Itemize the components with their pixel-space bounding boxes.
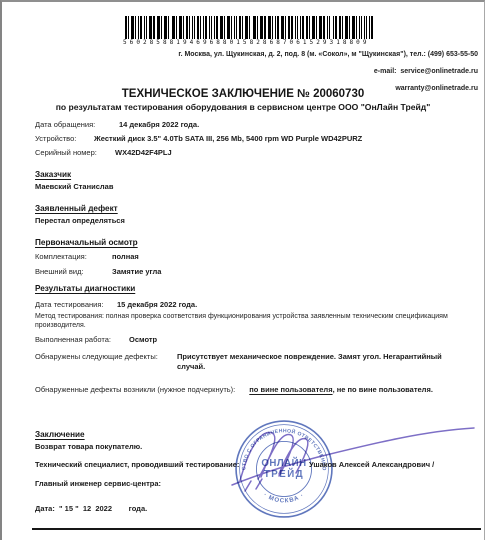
defects-found-row: Обнаружены следующие дефекты:Присутствуе… (35, 352, 482, 371)
signoff-date-line: Дата: " 15 " 12 2022 года. (35, 504, 147, 513)
email-line: e-mail: service@onlinetrade.ru (374, 68, 478, 75)
technical-report-document: 5602858819469688015828687061529318809 г.… (0, 0, 485, 540)
customer-section-header: Заказчик (35, 170, 71, 179)
test-date-label: Дата тестирования: (35, 300, 117, 309)
chief-engineer-label: Главный инженер сервис-центра: (35, 479, 161, 488)
test-method-label: Метод тестирования: (35, 313, 104, 320)
address-line: г. Москва, ул. Щукинская, д. 2, под. 8 (… (178, 51, 478, 58)
defects-origin-underlined: по вине пользователя (249, 385, 332, 394)
work-label: Выполненная работа: (35, 335, 129, 344)
bottom-divider (32, 528, 481, 530)
device-row: Устройство:Жесткий диск 3.5" 4.0Tb SATA … (35, 134, 362, 143)
defects-found-value: Присутствует механическое повреждение. З… (177, 352, 462, 371)
appearance-row: Внешний вид:Замятие угла (35, 267, 161, 276)
conclusion-header: Заключение (35, 430, 85, 439)
barcode-digits: 5602858819469688015828687061529318809 (123, 39, 375, 46)
defects-origin-rest: , не по вине пользователя. (333, 385, 433, 394)
declared-defect-header: Заявленный дефект (35, 204, 118, 213)
request-date-row: Дата обращения:14 декабря 2022 года. (35, 120, 199, 129)
barcode (125, 16, 373, 39)
appearance-label: Внешний вид: (35, 267, 112, 276)
appearance-value: Замятие угла (112, 267, 161, 276)
test-method-row: Метод тестирования: полная проверка соот… (35, 313, 482, 330)
device-label: Устройство: (35, 134, 94, 143)
completeness-label: Комплектация: (35, 252, 112, 261)
completeness-row: Комплектация:полная (35, 252, 139, 261)
document-title: ТЕХНИЧЕСКОЕ ЗАКЛЮЧЕНИЕ № 20060730 (2, 88, 484, 100)
request-date-label: Дата обращения: (35, 120, 119, 129)
initial-inspection-header: Первоначальный осмотр (35, 238, 138, 247)
defects-found-label: Обнаружены следующие дефекты: (35, 352, 177, 361)
document-subtitle: по результатам тестирования оборудования… (2, 102, 484, 112)
diagnostics-header: Результаты диагностики (35, 284, 135, 293)
signature (182, 405, 482, 517)
declared-defect-value: Перестал определяться (35, 216, 125, 225)
test-date-value: 15 декабря 2022 года. (117, 300, 197, 309)
customer-name: Маевский Станислав (35, 182, 113, 191)
conclusion-value: Возврат товара покупателю. (35, 442, 142, 451)
serial-value: WX42D42F4PLJ (115, 148, 172, 157)
device-value: Жесткий диск 3.5" 4.0Tb SATA III, 256 Mb… (94, 134, 362, 143)
work-value: Осмотр (129, 335, 157, 344)
serial-row: Серийный номер:WX42D42F4PLJ (35, 148, 172, 157)
request-date-value: 14 декабря 2022 года. (119, 120, 199, 129)
defects-origin-row: Обнаруженные дефекты возникли (нужное по… (35, 385, 433, 394)
completeness-value: полная (112, 252, 139, 261)
serial-label: Серийный номер: (35, 148, 115, 157)
defects-origin-label: Обнаруженные дефекты возникли (нужное по… (35, 385, 235, 394)
test-date-row: Дата тестирования:15 декабря 2022 года. (35, 300, 197, 309)
work-row: Выполненная работа:Осмотр (35, 335, 157, 344)
